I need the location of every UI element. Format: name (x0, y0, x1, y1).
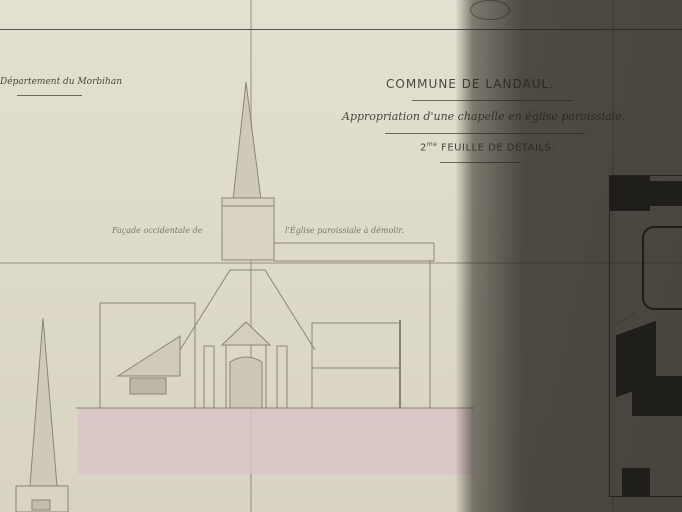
building-block (632, 376, 682, 416)
site-plan: Landaul (609, 175, 682, 497)
building-block (622, 468, 650, 496)
plan-outline (642, 226, 682, 310)
church-elevation-drawing (0, 0, 682, 512)
building-block (610, 176, 650, 211)
plan-label: Landaul (616, 311, 637, 326)
building-block (650, 181, 682, 206)
